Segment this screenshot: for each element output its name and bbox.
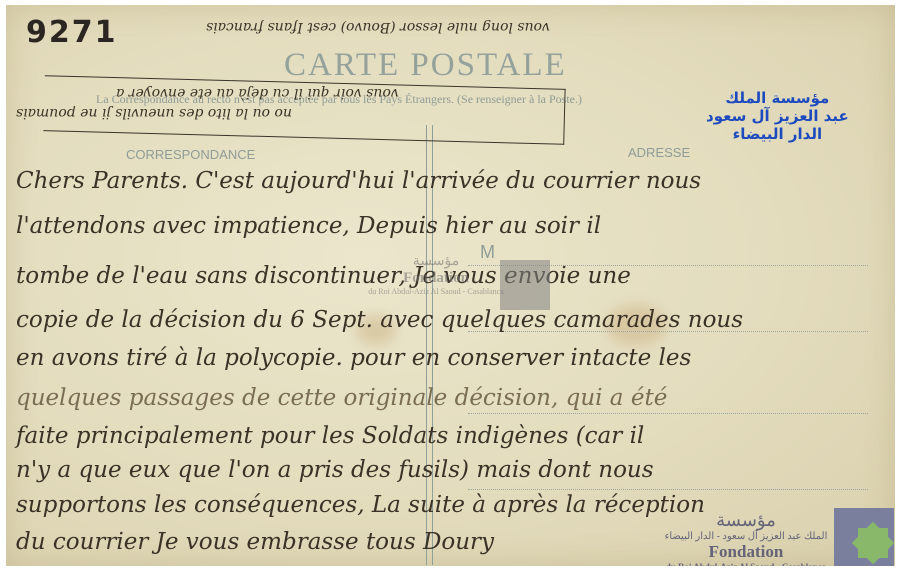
watermark-subtitle: du Roi Abdul-Aziz Al Saoud - Casablanca (656, 562, 836, 566)
address-line (468, 489, 868, 490)
upside-down-note: no ou la lito des uneuvils ji ne poumais (16, 105, 292, 121)
watermark-arabic-sub: الملك عبد العزيز آل سعود - الدار البيضاء (656, 531, 836, 542)
watermark-arabic: مؤسسة (366, 253, 506, 270)
reference-number: 9271 (26, 15, 118, 50)
upside-down-note: vous long nule lessor (Bouvo) cest Ifans… (206, 19, 550, 35)
watermark-center: مؤسسة Fondation du Roi Abdul-Aziz Al Sao… (366, 253, 506, 296)
correspondence-label: CORRESPONDANCE (126, 147, 255, 162)
stamp-line: عبد العزيز آل سعود (706, 107, 849, 125)
stamp-line: مؤسسة الملك (706, 89, 849, 107)
handwritten-line: supportons les conséquences, La suite à … (16, 492, 705, 518)
watermark-name: Fondation (366, 270, 506, 287)
watermark-name: Fondation (656, 542, 836, 562)
handwritten-line: faite principalement pour les Soldats in… (16, 423, 644, 449)
watermark-corner: مؤسسة الملك عبد العزيز آل سعود - الدار ا… (656, 510, 836, 566)
handwritten-line: l'attendons avec impatience, Depuis hier… (16, 213, 601, 239)
handwritten-line: en avons tiré à la polycopie. pour en co… (16, 345, 691, 371)
upside-down-note: vous voir qui il cu dejà au ete envoyer … (116, 85, 399, 101)
watermark-logo-icon (500, 260, 550, 310)
handwritten-line: du courrier Je vous embrasse tous Doury (16, 529, 494, 555)
handwritten-line: Chers Parents. C'est aujourd'hui l'arriv… (16, 168, 701, 194)
handwritten-line: n'y a que eux que l'on a pris des fusils… (16, 457, 654, 483)
postcard: 9271 CARTE POSTALE La Correspondance au … (6, 5, 895, 566)
handwritten-line: copie de la décision du 6 Sept. avec que… (16, 307, 743, 333)
handwritten-line: quelques passages de cette originale déc… (16, 385, 667, 411)
watermark-arabic: مؤسسة (656, 510, 836, 531)
postcard-title: CARTE POSTALE (284, 47, 567, 84)
address-line (468, 413, 868, 414)
stamp-line: الدار البيضاء (706, 125, 849, 143)
address-label: ADRESSE (628, 145, 690, 160)
watermark-subtitle: du Roi Abdul-Aziz Al Saoud - Casablanca (366, 287, 506, 296)
foundation-stamp: مؤسسة الملك عبد العزيز آل سعود الدار الب… (706, 89, 849, 143)
star-icon (858, 528, 888, 558)
